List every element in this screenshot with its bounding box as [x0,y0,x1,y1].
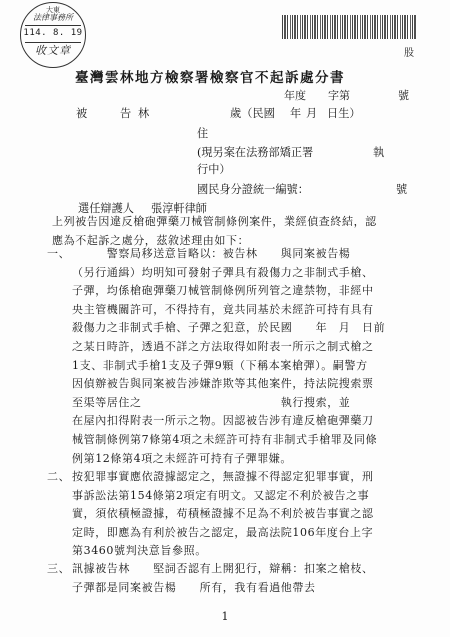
section-line: 因偵辦被告與同案被告涉嫌詐欺等其他案件，持法院搜索票 [72,375,385,394]
section-marker: 三、 [47,560,70,579]
section-line: 至渠等居住之 執行搜索，並 [72,394,385,413]
section-line: 1支、非制式手槍1支及子彈9顆（下稱本案槍彈）。嗣警方 [72,357,385,376]
stamp-divider [25,42,81,43]
received-stamp: 大東 法律事務所 114. 8. 19 收文章 [20,2,86,68]
section-line: 子彈，均係槍砲彈藥刀械管制條例所列管之違禁物，非經中 [72,282,385,301]
section-line: 在屋內扣得附表一所示之物。因認被告涉有違反槍砲彈藥刀 [72,412,385,431]
case-char: 字第 [328,87,350,103]
section-line: 實，須依積極證據，苟積極證據不足為不利於被告事實之認 [72,505,374,524]
id-number-suffix: 號 [396,183,407,197]
defendant-role-label: 告 [120,107,131,121]
address-label: 住 [197,127,208,141]
birth-day: 日生） [327,107,361,121]
custody-note: (現另案在法務部矯正署 [197,146,313,160]
stamp-divider [25,25,81,26]
birth-month: 月 [306,107,317,121]
id-number-label: 國民身分證統一編號： [197,183,309,197]
barcode-icon [282,15,417,39]
section-line: 警察局移送意旨略以：被告林 與同案被告楊 [72,245,385,264]
section-line: 第3460號判決意旨參照。 [72,542,374,561]
section-line: 訊據被告林 堅詞否認有上開犯行，辯稱：扣案之槍枝、 [72,560,374,579]
custody-note-end: 執 [373,146,384,160]
document-title: 臺灣雲林地方檢察署檢察官不起訴處分書 [75,66,345,86]
section-line: 之某日時許，透過不詳之方法取得如附表一所示之制式槍之 [72,338,385,357]
page-number: 1 [0,610,450,623]
stamp-org-line2: 法律事務所 [21,14,85,22]
section-line: 械管制條例第7條第4項之未經許可持有非制式手槍罪及同條 [72,431,385,450]
intro-line: 上列被告因違反槍砲彈藥刀械管制條例案件，業經偵查終結，認 [52,213,377,232]
section-one: 警察局移送意旨略以：被告林 與同案被告楊 （另行通緝）均明知可發射子彈具有殺傷力… [72,245,385,468]
section-marker: 二、 [47,468,70,487]
section-marker: 一、 [47,245,70,264]
section-line: （另行通緝）均明知可發射子彈具有殺傷力之非制式手槍、 [72,264,385,283]
case-number-suffix: 號 [398,87,409,103]
defendant-age: 歲（民國 [230,107,275,121]
defendant-role-label: 被 [76,107,87,121]
document-page: 大東 法律事務所 114. 8. 19 收文章 股 臺灣雲林地方檢察署檢察官不起… [0,0,450,637]
section-line: 殺傷力之非制式手槍、子彈之犯意，於民國 年 月 日前 [72,319,385,338]
section-line: 央主管機關許可，不得持有，竟共同基於未經許可持有具有 [72,301,385,320]
stamp-label: 收文章 [21,45,85,57]
section-two: 按犯罪事實應依證據認定之，無證據不得認定犯罪事實，刑 事訴訟法第154條第2項定… [72,468,374,561]
case-year: 年度 [284,87,306,103]
section-three: 訊據被告林 堅詞否認有上開犯行，辯稱：扣案之槍枝、 子彈都是同案被告楊 所有，我… [72,560,374,597]
stamp-date: 114. 8. 19 [21,28,85,38]
section-line: 事訴訟法第154條第2項定有明文。又認定不利於被告之事 [72,487,374,506]
custody-note-cont: 行中） [197,163,231,177]
section-line: 按犯罪事實應依證據認定之，無證據不得認定犯罪事實，刑 [72,468,374,487]
section-line: 例第12條第4項之未經許可持有子彈罪嫌。 [72,450,385,469]
defendant-surname: 林 [138,107,149,121]
section-line: 子彈都是同案被告楊 所有，我有看過他帶去 [72,579,374,598]
division-label: 股 [404,44,414,59]
birth-year: 年 [290,107,301,121]
section-line: 定時，即應為有利於被告之認定，最高法院106年度台上字 [72,524,374,543]
